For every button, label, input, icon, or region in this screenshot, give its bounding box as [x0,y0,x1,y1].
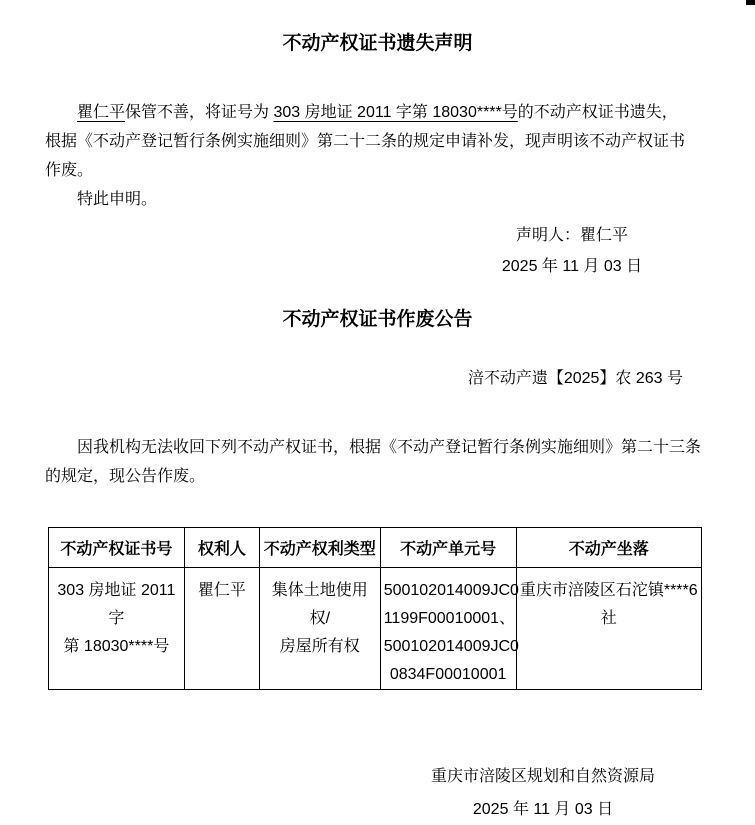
table-header-row: 不动产权证书号 权利人 不动产权利类型 不动产单元号 不动产坐落 [49,528,702,568]
right-type-line1: 集体土地使用权/ [263,577,377,633]
certificate-number-underlined: 303 房地证 2011 字第 18030****号 [273,104,517,121]
cell-unit-no: 500102014009JC0 1199F00010001、 500102014… [380,568,516,690]
unit-no-line3: 500102014009JC0 [384,633,513,661]
header-unit-no: 不动产单元号 [380,528,516,568]
cert-no-line2: 第 18030****号 [52,633,181,661]
header-location: 不动产坐落 [516,528,701,568]
notice-doc-number: 涪不动产遗【2025】农 263 号 [0,369,755,389]
certificate-table: 不动产权证书号 权利人 不动产权利类型 不动产单元号 不动产坐落 303 房地证… [48,527,702,690]
cell-location: 重庆市涪陵区石沱镇****6 社 [516,568,701,690]
unit-no-line4: 0834F00010001 [384,661,513,689]
declaration-paragraph-line1: 瞿仁平保管不善，将证号为 303 房地证 2011 字第 18030****号的… [45,98,710,127]
declaration-paragraph-line2: 根据《不动产登记暂行条例实施细则》第二十二条的规定申请补发，现声明该不动产权证书 [45,127,710,156]
notice-paragraph-line1: 因我机构无法收回下列不动产权证书，根据《不动产登记暂行条例实施细则》第二十三条 [45,433,710,462]
declaration-closing: 特此申明。 [45,185,710,214]
cell-holder: 瞿仁平 [184,568,259,690]
unit-no-line2: 1199F00010001、 [384,605,513,633]
notice-paragraph-line2: 的规定，现公告作废。 [45,462,710,491]
location-line2: 社 [520,605,698,633]
declaration-sign-block: 声明人：瞿仁平 2025 年 11 月 03 日 [437,220,707,282]
notice-title: 不动产权证书作废公告 [0,282,755,332]
right-type-line2: 房屋所有权 [263,633,377,661]
header-holder: 权利人 [184,528,259,568]
header-cert-no: 不动产权证书号 [49,528,185,568]
declarant-name-underlined: 瞿仁平 [77,104,125,121]
notice-sign-block: 重庆市涪陵区规划和自然资源局 2025 年 11 月 03 日 [383,760,703,825]
issue-date: 2025 年 11 月 03 日 [383,793,703,825]
location-line1: 重庆市涪陵区石沱镇****6 [520,577,698,605]
declaration-line1-mid: 保管不善，将证号为 [125,104,273,121]
declaration-line1-tail: 的不动产权证书遗失， [518,104,678,121]
table-row: 303 房地证 2011 字 第 18030****号 瞿仁平 集体土地使用权/… [49,568,702,690]
declaration-date: 2025 年 11 月 03 日 [437,251,707,282]
unit-no-line1: 500102014009JC0 [384,577,513,605]
corner-mark [746,0,755,5]
cell-right-type: 集体土地使用权/ 房屋所有权 [259,568,380,690]
declarant-line: 声明人：瞿仁平 [437,220,707,251]
holder-name: 瞿仁平 [188,577,256,605]
declaration-paragraph-line3: 作废。 [45,156,710,185]
cert-no-line1: 303 房地证 2011 字 [52,577,181,633]
issuer-name: 重庆市涪陵区规划和自然资源局 [383,760,703,793]
header-right-type: 不动产权利类型 [259,528,380,568]
declaration-title: 不动产权证书遗失声明 [0,0,755,56]
cell-cert-no: 303 房地证 2011 字 第 18030****号 [49,568,185,690]
document-page: 不动产权证书遗失声明 瞿仁平保管不善，将证号为 303 房地证 2011 字第 … [0,0,755,825]
